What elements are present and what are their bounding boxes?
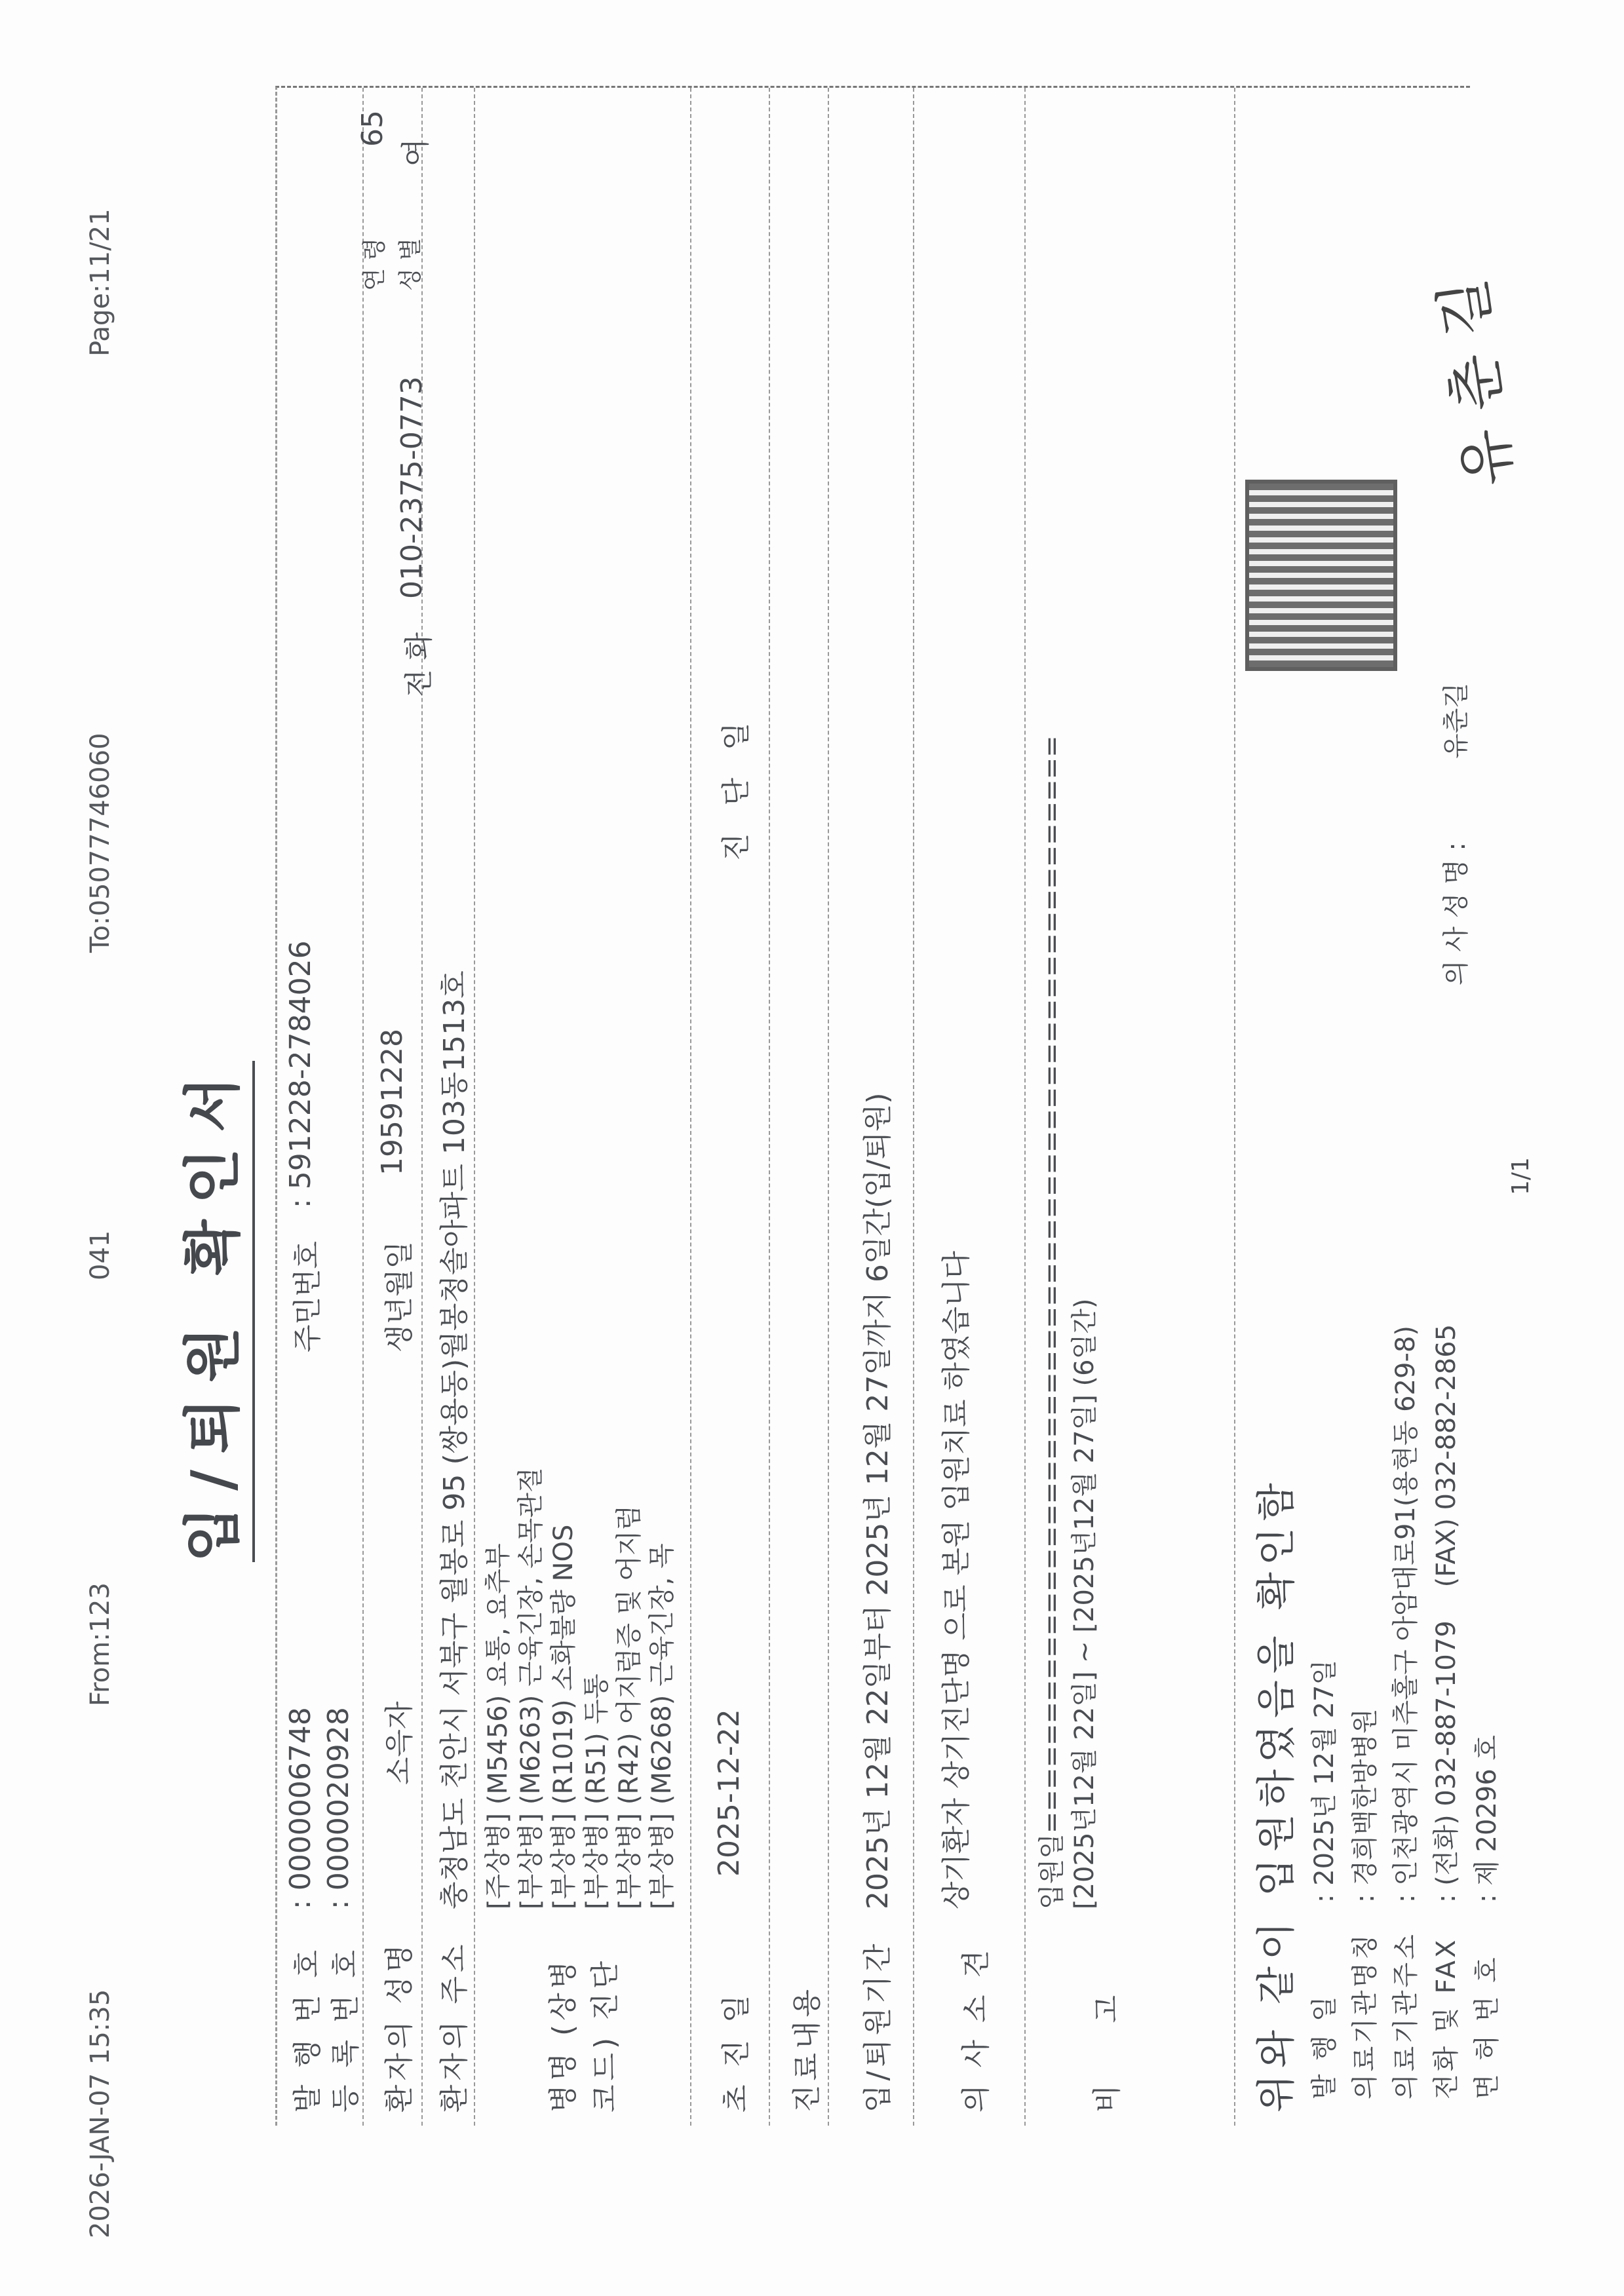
- remarks-line1: 입원일=====================================…: [1031, 735, 1068, 1909]
- hospital-fax: (FAX) 032-882-2865: [1431, 1324, 1461, 1587]
- document-title: 입/퇴원 확인서: [167, 1061, 255, 1562]
- doctor-label: 의 사 성 명 :: [1441, 842, 1471, 985]
- fax-code: 041: [85, 1231, 115, 1280]
- name-label: 환자의 성명: [376, 1940, 417, 2113]
- first-visit-label: 초 진 일: [712, 1991, 754, 2113]
- fax-page: Page:11/21: [85, 208, 115, 356]
- diagnosis-item: [주상병] (M5456) 요통, 요추부: [482, 1467, 514, 1909]
- name-value: 소윽자: [376, 1701, 417, 1785]
- diagnosis-item: [부상병] (R1019) 소화불량 NOS: [547, 1467, 580, 1909]
- issue-date: 2025년 12월 27일: [1309, 1660, 1340, 1886]
- tel-fax-label: 전화 및 FAX: [1426, 1903, 1467, 2099]
- fax-to: To:05077746060: [85, 733, 115, 953]
- age-value: 65: [356, 110, 389, 147]
- period-label: 입/퇴원기간: [854, 1940, 896, 2113]
- fax-timestamp: 2026-JAN-07 15:35: [85, 1989, 115, 2238]
- remarks-line2: [2025년12월 22일] ~ [2025년12월 27일] (6일간): [1064, 1299, 1101, 1909]
- row-period: 입/퇴원기간 2025년 12월 22일부터 2025년 12월 27일까지 6…: [828, 88, 914, 2126]
- issue-date-label: 발 행 일: [1304, 1903, 1345, 2099]
- fax-header: 2026-JAN-07 15:35 From:123 041 To:050777…: [85, 0, 125, 2296]
- reg-number-label: 등 록 번 호: [322, 1946, 364, 2113]
- treatment-label: 진료내용: [783, 1985, 825, 2113]
- row-treatment: 진료내용: [769, 88, 829, 2126]
- row-address: 환자의 주소 충청남도 천안시 서북구 월봉로 95 (쌍용동)월봉청솔아파트 …: [421, 88, 475, 2126]
- diagnosis-item: [부상병] (M6263) 근육긴장, 손목관절: [514, 1467, 547, 1909]
- remarks-label: 비 고: [1083, 1969, 1125, 2113]
- diag-date-label: 진 단 일: [712, 714, 754, 861]
- diagnosis-item: [부상병] (R51) 두통: [580, 1467, 613, 1909]
- opinion-label: 의 사 소 견: [952, 1946, 994, 2113]
- address-value: 충청남도 천안시 서북구 월봉로 95 (쌍용동)월봉청솔아파트 103동151…: [431, 970, 473, 1909]
- hospital-name: 경희백한방병원: [1350, 1708, 1380, 1885]
- birth-value: 19591228: [376, 1029, 409, 1176]
- sex-label: 성 별: [392, 238, 425, 291]
- license-label: 면 허 번 호: [1467, 1903, 1507, 2099]
- birth-label: 생년월일: [376, 1241, 417, 1352]
- address-label: 환자의 주소: [431, 1940, 473, 2113]
- rotated-fax-sheet: 2026-JAN-07 15:35 From:123 041 To:050777…: [0, 0, 1624, 2296]
- rrn-value: : 591228-2784026: [284, 940, 317, 1208]
- row-numbers: 발 행 번 호 : 0000006748 등 록 번 호 : 000002092…: [277, 88, 364, 2126]
- hospital-addr-label: 의료기관주소: [1385, 1903, 1426, 2099]
- doctor-name-line: 의 사 성 명 : 유춘길: [1435, 683, 1473, 985]
- hospital-tel: (전화) 032-887-1079: [1431, 1620, 1461, 1886]
- doctor-name: 유춘길: [1441, 683, 1471, 759]
- row-remarks: 비 고 입원일=================================…: [1024, 88, 1235, 2126]
- hospital-label: 의료기관명칭: [1345, 1903, 1385, 2099]
- phone-label: 전 화: [395, 632, 437, 697]
- opinion-value: 상기환자 상기진단명 으로 본원 입원치료 하였습니다: [933, 1251, 975, 1909]
- issue-number-value: : 0000006748: [284, 1707, 317, 1909]
- age-label: 연 령: [356, 238, 389, 291]
- issue-number-label: 발 행 번 호: [284, 1946, 326, 2113]
- confirmation-statement: 위와 같이 입원하였음을 확인함: [1245, 1476, 1302, 2113]
- reg-number-value: : 0000020928: [322, 1707, 355, 1909]
- license-number: 제 20296 호: [1472, 1735, 1502, 1886]
- hospital-addr: 인천광역시 미추홀구 아암대로91(용현동 629-8): [1391, 1326, 1421, 1886]
- rrn-label: 주민번호: [284, 1241, 326, 1352]
- first-visit-value: 2025-12-22: [712, 1709, 746, 1877]
- diagnosis-item: [부상병] (M6268) 근육긴장, 목: [646, 1467, 678, 1909]
- diagnosis-list: [주상병] (M5456) 요통, 요추부[부상병] (M6263) 근육긴장,…: [482, 1467, 678, 1909]
- diagnosis-label: 병명 (상병코드) 진단: [539, 1929, 623, 2113]
- row-opinion: 의 사 소 견 상기환자 상기진단명 으로 본원 입원치료 하였습니다: [913, 88, 1026, 2126]
- row-first-visit: 초 진 일 2025-12-22 진 단 일: [690, 88, 770, 2126]
- fax-from: From:123: [85, 1582, 115, 1706]
- hospital-seal-stamp-icon: [1245, 480, 1397, 671]
- issuer-block: 발 행 일: 2025년 12월 27일 의료기관명칭: 경희백한방병원 의료기…: [1304, 1324, 1507, 2099]
- period-value: 2025년 12월 22일부터 2025년 12월 27일까지 6일간(입/퇴원…: [854, 1092, 896, 1909]
- page-number: 1/1: [1507, 1157, 1534, 1195]
- phone-value: 010-2375-0773: [395, 376, 429, 599]
- diagnosis-item: [부상병] (R42) 어지럼증 및 어지럼: [613, 1467, 646, 1909]
- row-diagnosis: 병명 (상병코드) 진단 [주상병] (M5456) 요통, 요추부[부상병] …: [474, 88, 691, 2126]
